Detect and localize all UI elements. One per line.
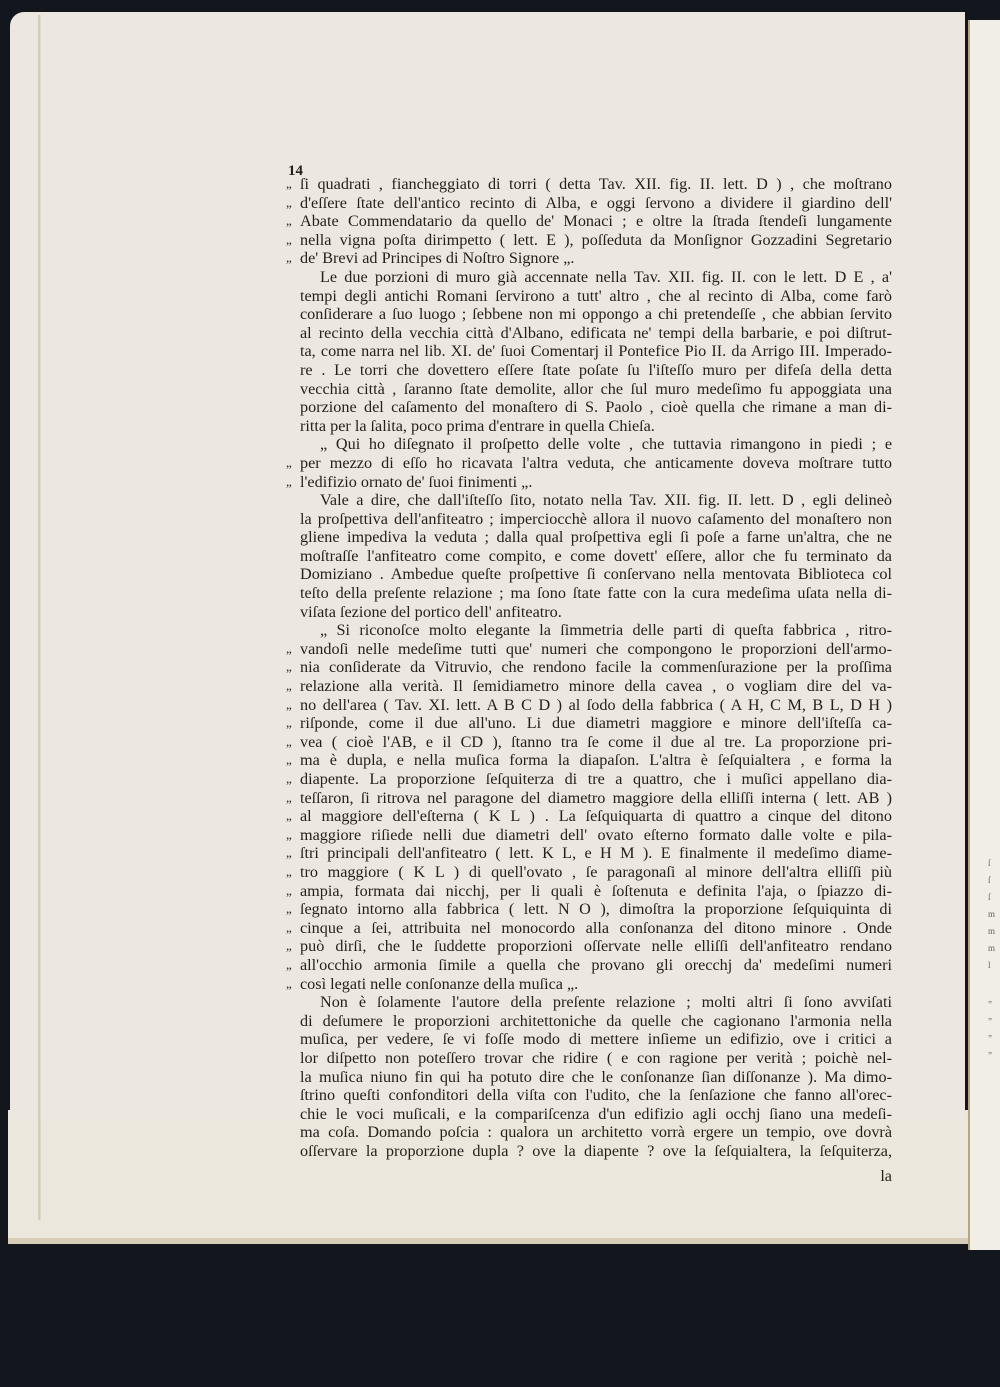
text-line: „per mezzo di eſſo ho ricavata l'altra v… [300, 454, 892, 473]
text-line: Non è ſolamente l'autore della preſente … [300, 993, 892, 1012]
text-line-content: moſtraſſe l'anfiteatro come compito, e c… [300, 547, 892, 566]
text-line: lor diſpetto non poteſſero trovar che ri… [300, 1049, 892, 1068]
text-line: „de' Brevi ad Principes di Noſtro Signor… [300, 249, 892, 268]
text-line: Domiziano . Ambedue queſte proſpettive ſ… [300, 565, 892, 584]
text-line: „Abate Commendatario da quello de' Monac… [300, 212, 892, 231]
text-line: „ſegnato intorno alla fabbrica ( lett. N… [300, 900, 892, 919]
text-line-content: d'eſſere ſtate dell'antico recinto di Al… [300, 194, 892, 213]
text-line-content: muſica, per vedere, ſe vi foſſe modo di … [300, 1030, 892, 1049]
text-line: „può dirſi, che le ſuddette proporzioni … [300, 937, 892, 956]
quotation-mark: „ [286, 807, 292, 826]
text-line: „ Qui ho diſegnato il proſpetto delle vo… [300, 435, 892, 454]
text-line: re . Le torri che dovettero eſſere ſtate… [300, 361, 892, 380]
text-line: moſtraſſe l'anfiteatro come compito, e c… [300, 547, 892, 566]
text-line: „l'edifizio ornato de' ſuoi finimenti „. [300, 473, 892, 492]
text-line-content: vandoſi nelle medeſime tutti que' numeri… [300, 640, 892, 659]
text-line-content: chie le voci muſicali, e la compariſcenz… [300, 1105, 892, 1124]
text-line-content: no dell'area ( Tav. XI. lett. A B C D ) … [300, 696, 892, 715]
text-line: conſiderare a ſuo luogo ; ſebbene non mi… [300, 305, 892, 324]
text-line-content: viſata ſezione del portico dell' anfitea… [300, 603, 892, 622]
text-line-content: ſtri principali dell'anfiteatro ( lett. … [300, 844, 892, 863]
text-line-content: nella vigna poſta dirimpetto ( lett. E )… [300, 231, 892, 250]
quotation-mark: „ [286, 863, 292, 882]
text-line-content: diapente. La proporzione ſeſquiterza di … [300, 770, 892, 789]
text-line: „vandoſi nelle medeſime tutti que' numer… [300, 640, 892, 659]
quotation-mark: „ [286, 677, 292, 696]
quotation-mark: „ [286, 770, 292, 789]
text-line-content: Vale a dire, che dall'iſteſſo ſito, nota… [300, 491, 892, 510]
quotation-mark: „ [286, 900, 292, 919]
text-line-content: vea ( cioè l'AB, e il CD ), ſtanno tra ſ… [300, 733, 892, 752]
quotation-mark: „ [286, 919, 292, 938]
text-line-content: oſſervare la proporzione dupla ? ove la … [300, 1142, 892, 1161]
text-line-content: la muſica niuno fin qui ha potuto dire c… [300, 1068, 892, 1087]
quotation-mark: „ [286, 175, 292, 194]
text-line-content: ampia, formata dai nicchj, per li quali … [300, 882, 892, 901]
text-line-content: „ Qui ho diſegnato il proſpetto delle vo… [300, 435, 892, 454]
text-line-content: la proſpettiva dell'anfiteatro ; imperci… [300, 510, 892, 529]
text-line: „vea ( cioè l'AB, e il CD ), ſtanno tra … [300, 733, 892, 752]
text-line: ma coſa. Domando poſcia : qualora un arc… [300, 1123, 892, 1142]
text-line-content: de' Brevi ad Principes di Noſtro Signore… [300, 249, 892, 268]
text-line: ritta per la ſalita, poco prima d'entrar… [300, 417, 892, 436]
quotation-mark: „ [286, 882, 292, 901]
quotation-mark: „ [286, 937, 292, 956]
text-line-content: ſtrino queſti confonditori della viſta c… [300, 1086, 892, 1105]
text-line-content: conſiderare a ſuo luogo ; ſebbene non mi… [300, 305, 892, 324]
text-line: „teſſaron, ſi ritrova nel paragone del d… [300, 789, 892, 808]
text-line-content: riſponde, come il due all'uno. Li due di… [300, 714, 892, 733]
text-line: „nella vigna poſta dirimpetto ( lett. E … [300, 231, 892, 250]
catchword-block: la [300, 1167, 892, 1186]
text-line-content: ſi quadrati , fiancheggiato di torri ( d… [300, 175, 892, 194]
text-line: la muſica niuno fin qui ha potuto dire c… [300, 1068, 892, 1087]
text-line-content: Non è ſolamente l'autore della preſente … [300, 993, 892, 1012]
text-line: Vale a dire, che dall'iſteſſo ſito, nota… [300, 491, 892, 510]
quotation-mark: „ [286, 751, 292, 770]
text-line: ſtrino queſti confonditori della viſta c… [300, 1086, 892, 1105]
quotation-mark: „ [286, 975, 292, 994]
text-line: Le due porzioni di muro già accennate ne… [300, 268, 892, 287]
catchword: la [300, 1167, 892, 1186]
text-line-content: vecchia città , ſaranno ſtate demolite, … [300, 380, 892, 399]
text-line: „cinque a ſei, attribuita nel monocordo … [300, 919, 892, 938]
text-line-content: Abate Commendatario da quello de' Monaci… [300, 212, 892, 231]
quotation-mark: „ [286, 212, 292, 231]
text-line: porzione del caſamento del monaſtero di … [300, 398, 892, 417]
page-fold-line [38, 15, 41, 1220]
text-line: „ma è dupla, e nella muſica forma la dia… [300, 751, 892, 770]
text-line-content: relazione alla verità. Il ſemidiametro m… [300, 677, 892, 696]
text-line: „nia conſiderate da Vitruvio, che rendon… [300, 658, 892, 677]
text-line-content: al recinto della vecchia città d'Albano,… [300, 324, 892, 343]
text-line-content: Le due porzioni di muro già accennate ne… [300, 268, 892, 287]
text-line-content: „ Si riconoſce molto elegante la ſimmetr… [300, 621, 892, 640]
text-line: „maggiore riſiede nelli due diametri del… [300, 826, 892, 845]
quotation-mark: „ [286, 956, 292, 975]
text-line-content: Domiziano . Ambedue queſte proſpettive ſ… [300, 565, 892, 584]
text-line: la proſpettiva dell'anfiteatro ; imperci… [300, 510, 892, 529]
text-line: viſata ſezione del portico dell' anfitea… [300, 603, 892, 622]
quotation-mark: „ [286, 789, 292, 808]
text-line-content: nia conſiderate da Vitruvio, che rendono… [300, 658, 892, 677]
text-line: „ Si riconoſce molto elegante la ſimmetr… [300, 621, 892, 640]
text-line-content: tempi degli antichi Romani ſervirono a t… [300, 287, 892, 306]
text-line-content: di deſumere le proporzioni architettonic… [300, 1012, 892, 1031]
text-line-content: cinque a ſei, attribuita nel monocordo a… [300, 919, 892, 938]
text-line-content: all'occhio armonia ſimile a quella che p… [300, 956, 892, 975]
text-line: gliene impediva la veduta ; dalla qual p… [300, 528, 892, 547]
quotation-mark: „ [286, 473, 292, 492]
text-line: di deſumere le proporzioni architettonic… [300, 1012, 892, 1031]
text-line: vecchia città , ſaranno ſtate demolite, … [300, 380, 892, 399]
text-line: „diapente. La proporzione ſeſquiterza di… [300, 770, 892, 789]
text-line-content: teſto della preſente relazione ; ma ſono… [300, 584, 892, 603]
text-line-content: gliene impediva la veduta ; dalla qual p… [300, 528, 892, 547]
text-line-content: ritta per la ſalita, poco prima d'entrar… [300, 417, 892, 436]
text-line: „riſponde, come il due all'uno. Li due d… [300, 714, 892, 733]
text-line-content: teſſaron, ſi ritrova nel paragone del di… [300, 789, 892, 808]
text-line-content: ta, come narra nel lib. XI. de' ſuoi Com… [300, 342, 892, 361]
text-line-content: re . Le torri che dovettero eſſere ſtate… [300, 361, 892, 380]
quotation-mark: „ [286, 194, 292, 213]
text-line: teſto della preſente relazione ; ma ſono… [300, 584, 892, 603]
text-line: chie le voci muſicali, e la compariſcenz… [300, 1105, 892, 1124]
text-line: „ſtri principali dell'anfiteatro ( lett.… [300, 844, 892, 863]
text-line: „ſi quadrati , fiancheggiato di torri ( … [300, 175, 892, 194]
quotation-mark: „ [286, 714, 292, 733]
quotation-mark: „ [286, 231, 292, 250]
text-line-content: maggiore riſiede nelli due diametri dell… [300, 826, 892, 845]
text-line-content: tro maggiore ( K L ) di quell'ovato , ſe… [300, 863, 892, 882]
quotation-mark: „ [286, 696, 292, 715]
quotation-mark: „ [286, 733, 292, 752]
text-line-content: così legati nelle conſonanze della muſic… [300, 975, 892, 994]
text-line-content: al maggiore dell'eſterna ( K L ) . La ſe… [300, 807, 892, 826]
quotation-mark: „ [286, 249, 292, 268]
adjacent-page-bleed-text: ſſſmmml„„„„ [988, 855, 1000, 1095]
text-line-content: lor diſpetto non poteſſero trovar che ri… [300, 1049, 892, 1068]
quotation-mark: „ [286, 640, 292, 659]
text-line: „al maggiore dell'eſterna ( K L ) . La ſ… [300, 807, 892, 826]
text-line: „tro maggiore ( K L ) di quell'ovato , ſ… [300, 863, 892, 882]
text-line-content: può dirſi, che le ſuddette proporzioni o… [300, 937, 892, 956]
text-line-content: ma coſa. Domando poſcia : qualora un arc… [300, 1123, 892, 1142]
text-line: „ampia, formata dai nicchj, per li quali… [300, 882, 892, 901]
text-line-content: ma è dupla, e nella muſica forma la diap… [300, 751, 892, 770]
quotation-mark: „ [286, 844, 292, 863]
text-line: „all'occhio armonia ſimile a quella che … [300, 956, 892, 975]
text-line: tempi degli antichi Romani ſervirono a t… [300, 287, 892, 306]
text-line-content: l'edifizio ornato de' ſuoi finimenti „. [300, 473, 892, 492]
text-line-content: ſegnato intorno alla fabbrica ( lett. N … [300, 900, 892, 919]
quotation-mark: „ [286, 658, 292, 677]
text-line: al recinto della vecchia città d'Albano,… [300, 324, 892, 343]
text-line: „così legati nelle conſonanze della muſi… [300, 975, 892, 994]
body-text: „ſi quadrati , fiancheggiato di torri ( … [300, 175, 892, 1160]
text-line: ta, come narra nel lib. XI. de' ſuoi Com… [300, 342, 892, 361]
text-line: „relazione alla verità. Il ſemidiametro … [300, 677, 892, 696]
quotation-mark: „ [286, 826, 292, 845]
text-line: muſica, per vedere, ſe vi foſſe modo di … [300, 1030, 892, 1049]
quotation-mark: „ [286, 454, 292, 473]
text-line: oſſervare la proporzione dupla ? ove la … [300, 1142, 892, 1161]
text-line-content: per mezzo di eſſo ho ricavata l'altra ve… [300, 454, 892, 473]
text-line: „no dell'area ( Tav. XI. lett. A B C D )… [300, 696, 892, 715]
text-line: „d'eſſere ſtate dell'antico recinto di A… [300, 194, 892, 213]
text-line-content: porzione del caſamento del monaſtero di … [300, 398, 892, 417]
